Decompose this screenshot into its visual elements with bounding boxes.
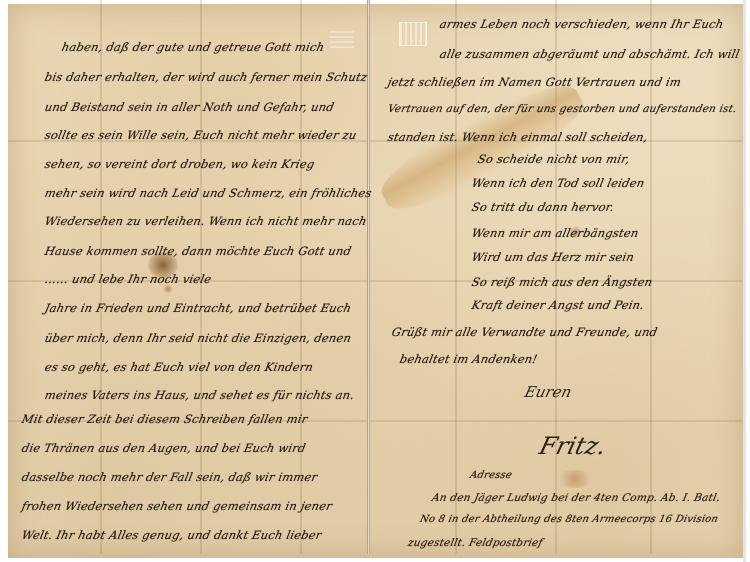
- verse-line: Wird um das Herz mir sein: [471, 250, 636, 264]
- closing: Euren: [523, 383, 574, 401]
- text-line: Hause kommen sollte, dann möchte Euch Go…: [44, 244, 353, 258]
- text-line: standen ist. Wenn ich einmal soll scheid…: [387, 130, 650, 144]
- water-stain: [555, 470, 595, 488]
- page-divider: [367, 0, 370, 554]
- text-line: …… und lebe Ihr noch viele: [44, 272, 213, 286]
- text-line: Vertrauen auf den, der für uns gestorben…: [387, 103, 740, 115]
- text-line: sollte es sein Wille sein, Euch nicht me…: [44, 128, 359, 142]
- text-line: meines Vaters ins Haus, und sehet es für…: [44, 388, 356, 402]
- text-line: es so geht, es hat Euch viel von den Kin…: [44, 360, 315, 374]
- verse-line: Wenn mir am allerbängsten: [471, 226, 641, 240]
- paper-watermark: [330, 28, 354, 48]
- text-line: mehr sein wird nach Leid und Schmerz, ei…: [44, 186, 374, 200]
- text-line: bis daher erhalten, der wird auch ferner…: [44, 70, 369, 84]
- text-line: sehen, so vereint dort droben, wo kein K…: [44, 157, 316, 171]
- verse-line: So reiß mich aus den Ängsten: [471, 275, 654, 289]
- signature: Fritz.: [537, 432, 610, 460]
- verse-line: Wenn ich den Tod soll leiden: [471, 176, 646, 190]
- paper-watermark: [399, 22, 427, 46]
- text-line: Mit dieser Zeit bei diesem Schreiben fal…: [21, 412, 310, 426]
- address-line: No 8 in der Abtheilung des 8ten Armeecor…: [419, 514, 719, 525]
- text-line: frohen Wiedersehen sehen und gemeinsam i…: [21, 499, 334, 513]
- greeting-line: behaltet im Andenken!: [399, 352, 539, 366]
- verse-line: Kraft deiner Angst und Pein.: [471, 298, 646, 312]
- address-line: zugestellt. Feldpostbrief: [407, 537, 544, 549]
- address-line: An den Jäger Ludwig bei der 4ten Comp. A…: [431, 492, 722, 504]
- greeting-line: Grüßt mir alle Verwandte und Freunde, un…: [391, 325, 659, 339]
- text-line: Welt. Ihr habt Alles genug, und dankt Eu…: [21, 528, 324, 542]
- verse-line: So scheide nicht von mir,: [477, 152, 632, 166]
- text-line: über mich, denn Ihr seid nicht die Einzi…: [44, 331, 353, 345]
- verse-line: So tritt du dann hervor.: [471, 200, 616, 214]
- text-line: armes Leben noch verschieden, wenn Ihr E…: [439, 17, 725, 31]
- text-line: haben, daß der gute und getreue Gott mic…: [61, 40, 326, 54]
- text-line: jetzt schließen im Namen Gott Vertrauen …: [387, 75, 683, 89]
- text-line: dasselbe noch mehr der Fall sein, daß wi…: [21, 470, 319, 484]
- text-line: und Beistand sein in aller Noth und Gefa…: [44, 100, 336, 114]
- text-line: Jahre in Frieden und Eintracht, und betr…: [44, 301, 353, 315]
- text-line: die Thränen aus den Augen, und bei Euch …: [21, 441, 308, 455]
- text-line: Wiedersehen zu verleihen. Wenn ich nicht…: [44, 214, 369, 228]
- text-line: alle zusammen abgeräumt und abschämt. Ic…: [439, 47, 741, 61]
- address-label: Adresse: [469, 470, 513, 481]
- scan-edge: [743, 0, 746, 562]
